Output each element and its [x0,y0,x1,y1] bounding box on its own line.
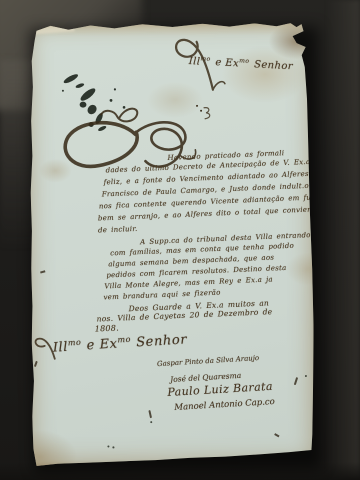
salutation-word: e Ex [86,337,118,354]
date-line: 1808. [95,324,120,334]
manuscript-photo: Illmoe ExmoSenhor Havendo praticado as f… [0,0,360,480]
stray-ink-squiggle [201,106,213,120]
manuscript-line: vem brandura aqui se fizerão [103,289,220,302]
salutation-word: Senhor [136,333,188,351]
signature: Manoel Antonio Cap.co [174,397,275,413]
manuscript-line: de incluir. [98,225,138,235]
heading-word: e Ex [215,57,239,69]
stray-ink-mark [274,433,279,437]
stray-ink-mark [148,410,151,418]
heading-word: Senhor [254,60,293,73]
ink-speck [107,445,109,447]
manuscript-paper: Illmoe ExmoSenhor Havendo praticado as f… [24,19,317,467]
stray-ink-mark [34,361,38,367]
salutation-honorific: Illmoe ExmoSenhor [52,331,187,355]
stray-ink-mark [294,377,298,385]
heading-superscript: mo [200,55,210,63]
heading-word: Ill [188,56,200,68]
stray-ink-mark [40,270,45,273]
ink-speck [150,421,152,423]
heading-superscript: mo [239,57,249,65]
ink-speck [112,446,114,448]
background-cloth-left [0,60,34,250]
background-cloth-right [326,0,360,480]
ink-speck [305,375,307,377]
salutation-superscript: mo [68,338,82,348]
signature: Gaspar Pinto da Silva Araujo [157,354,260,368]
salutation-word: Ill [52,340,68,356]
salutation-superscript: mo [117,335,131,345]
